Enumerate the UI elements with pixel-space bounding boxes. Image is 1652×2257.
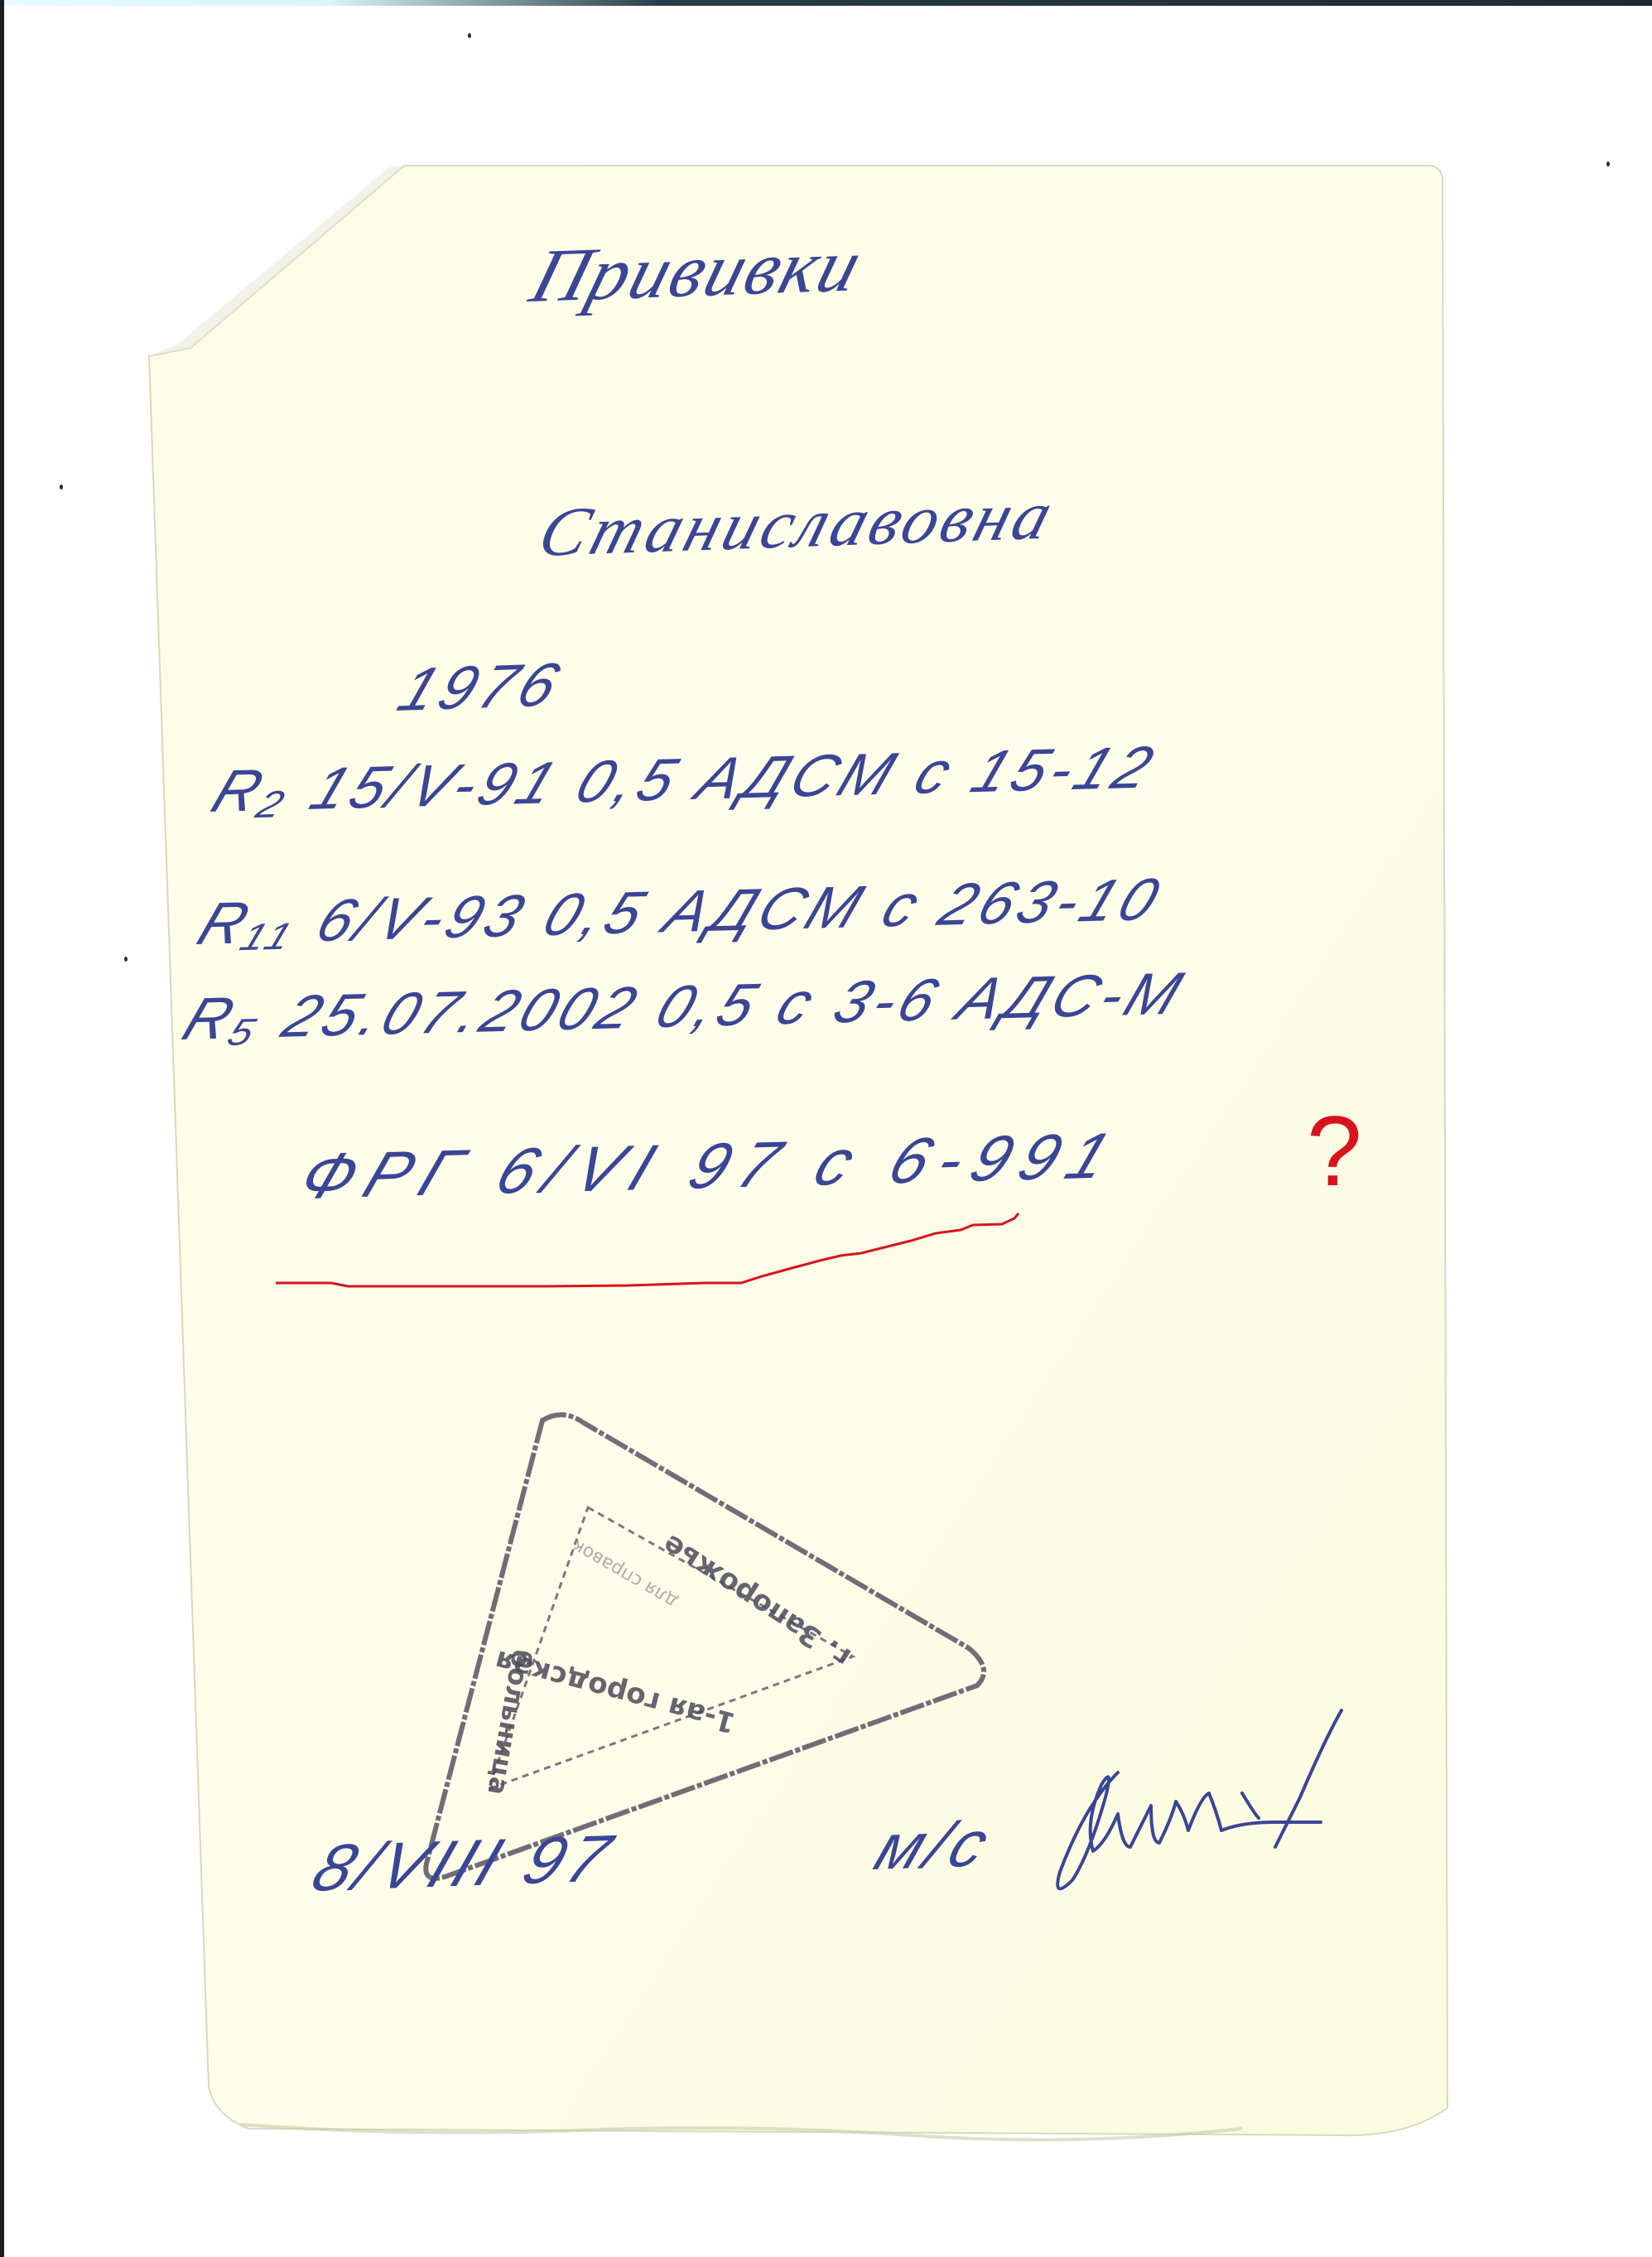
hospital-stamp: 1-ая городская больница г. Запорожье для… bbox=[414, 1400, 1043, 2013]
date-signed: 8/VIII 97 bbox=[302, 1821, 626, 1907]
question-mark-annotation: ? bbox=[1307, 1102, 1362, 1201]
stamp-text-left: больница bbox=[481, 1647, 537, 1798]
signature bbox=[1027, 1706, 1358, 1905]
stamp-text-right: г. Запорожье bbox=[657, 1527, 857, 1674]
